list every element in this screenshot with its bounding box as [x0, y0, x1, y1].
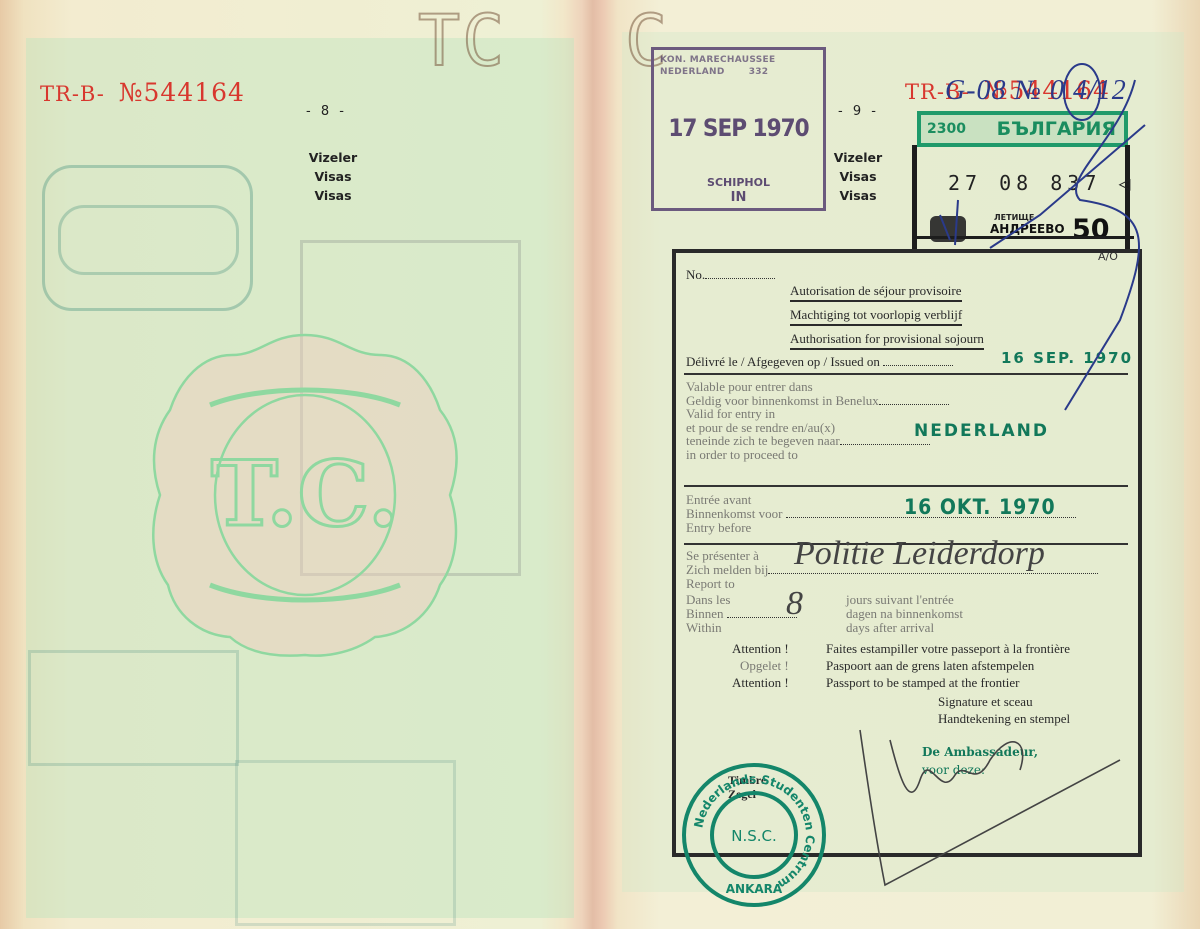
bulgaria-stamp-place: АНДРЕЕВО: [990, 222, 1065, 236]
attention-labels: Attention ! Opgelet ! Attention !: [732, 640, 789, 691]
faded-stamp: [28, 650, 239, 766]
bulgaria-stamp-label: ЛЕТИЩЕ: [994, 213, 1034, 222]
faded-stamp-inner: [58, 205, 239, 275]
form-no: No.: [686, 267, 775, 283]
visas-heading-right: Vizeler Visas Visas: [828, 148, 888, 205]
svg-text:ANKARA: ANKARA: [726, 882, 783, 896]
stamp-place: SCHIPHOL: [654, 176, 823, 189]
tc-watermark-emblem: T.C.: [140, 325, 470, 665]
visas-heading: Vizeler Visas Visas: [303, 148, 363, 205]
bulgaria-stamp-country: БЪЛГАРИЯ: [997, 118, 1116, 140]
within-days-value: 8: [786, 585, 803, 623]
visas-heading-fr: Visas: [303, 167, 363, 186]
visas-heading-fr: Visas: [828, 167, 888, 186]
issued-date: 16 SEP. 1970: [1001, 349, 1133, 367]
divider: [684, 373, 1128, 375]
report-to-value: Politie Leiderdorp: [794, 535, 1045, 573]
handwritten-number: G-08 № 0 4/12: [945, 75, 1127, 107]
stamp-direction: IN: [654, 190, 823, 205]
bulgaria-stamp-rule: [912, 236, 1134, 239]
destination-value: NEDERLAND: [914, 421, 1049, 441]
stamp-date: 17 SEP 1970: [654, 114, 823, 142]
form-title-nl: Machtiging tot voorlopig verblijf: [790, 307, 962, 326]
bulgaria-stamp-header: 2300 БЪЛГАРИЯ: [917, 111, 1128, 147]
bulgaria-stamp-code: 2300: [927, 115, 966, 143]
left-page: TC TR-B-№544164 - 8 - Vizeler Visas Visa…: [0, 0, 578, 929]
divider: [684, 485, 1128, 487]
attention-texts: Faites estampiller votre passeport à la …: [826, 640, 1070, 691]
serial-number: TR-B-№544164: [40, 78, 245, 107]
serial-value: №544164: [119, 78, 245, 107]
stamp-header-line1: KON. MARECHAUSSEE: [660, 54, 775, 66]
ambassador-block: De Ambassadeur, voor deze:: [922, 743, 1038, 779]
nsc-ankara-seal: Nederlands Studenten Centrum N.S.C. ANKA…: [680, 761, 828, 909]
days-labels: jours suivant l'entrée dagen na binnenko…: [846, 593, 963, 635]
passport-spread: TC TR-B-№544164 - 8 - Vizeler Visas Visa…: [0, 0, 1200, 929]
svg-text:N.S.C.: N.S.C.: [731, 827, 777, 845]
serial-prefix: TR-B-: [40, 82, 105, 106]
within-labels: Dans les Binnen Within: [686, 593, 797, 635]
faded-stamp: [235, 760, 456, 926]
stamp-header: KON. MARECHAUSSEE NEDERLAND 332: [660, 54, 775, 78]
form-title-fr: Autorisation de séjour provisoire: [790, 283, 962, 302]
visas-heading-tr: Vizeler: [303, 148, 363, 167]
svg-text:T.C.: T.C.: [211, 441, 399, 547]
page-number: - 8 -: [306, 104, 347, 119]
perforation-mark: TC: [418, 0, 506, 82]
entry-before-value: 16 OKT. 1970: [904, 495, 1056, 519]
form-title-en: Authorisation for provisional sojourn: [790, 331, 984, 350]
signature-labels: Signature et sceau Handtekening en stemp…: [938, 693, 1070, 727]
visas-heading-en: Visas: [828, 186, 888, 205]
stamp-header-line2: NEDERLAND 332: [660, 66, 775, 78]
bulgaria-stamp-date: 27 08 837 ◁: [948, 171, 1135, 195]
schiphol-entry-stamp: KON. MARECHAUSSEE NEDERLAND 332 17 SEP 1…: [651, 47, 826, 211]
visas-heading-en: Visas: [303, 186, 363, 205]
page-number-right: - 9 -: [838, 104, 879, 119]
bulgaria-stamp-fee: 50: [1072, 214, 1110, 245]
valid-labels: Valable pour entrer dans Geldig voor bin…: [686, 380, 949, 461]
issued-label: Délivré le / Afgegeven op / Issued on: [686, 354, 953, 370]
visas-heading-tr: Vizeler: [828, 148, 888, 167]
